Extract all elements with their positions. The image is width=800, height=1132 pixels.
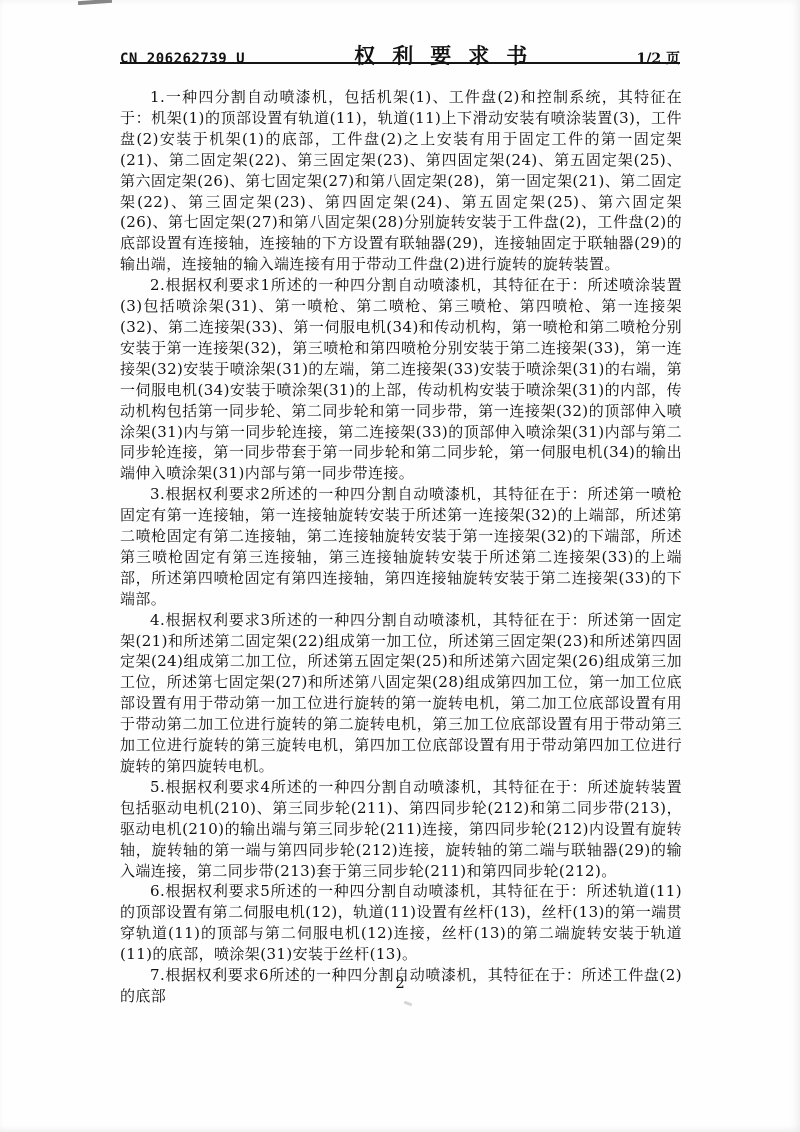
claim-6: 6.根据权利要求5所述的一种四分割自动喷漆机，其特征在于：所述轨道(11)的顶部…	[120, 881, 682, 965]
page-number: 2	[0, 974, 800, 992]
document-title: 权利要求书	[354, 40, 544, 70]
claim-5: 5.根据权利要求4所述的一种四分割自动喷漆机，其特征在于：所述旋转装置包括驱动电…	[120, 777, 682, 882]
claim-2: 2.根据权利要求1所述的一种四分割自动喷漆机，其特征在于：所述喷涂装置(3)包括…	[120, 275, 682, 484]
page-indicator: 1/2 页	[637, 48, 680, 68]
claim-4: 4.根据权利要求3所述的一种四分割自动喷漆机，其特征在于：所述第一固定架(21)…	[120, 610, 682, 777]
patent-claims-page: CN 206262739 U 权利要求书 1/2 页 1.一种四分割自动喷漆机，…	[0, 0, 800, 1132]
patent-number: CN 206262739 U	[120, 51, 245, 67]
claims-body: 1.一种四分割自动喷漆机，包括机架(1)、工件盘(2)和控制系统，其特征在于：机…	[120, 87, 682, 1007]
claim-3: 3.根据权利要求2所述的一种四分割自动喷漆机，其特征在于：所述第一喷枪固定有第一…	[120, 484, 682, 609]
page-header: CN 206262739 U 权利要求书 1/2 页	[120, 40, 680, 70]
header-rule	[120, 62, 680, 64]
scan-artifact	[78, 0, 112, 5]
claim-1: 1.一种四分割自动喷漆机，包括机架(1)、工件盘(2)和控制系统，其特征在于：机…	[120, 87, 682, 275]
